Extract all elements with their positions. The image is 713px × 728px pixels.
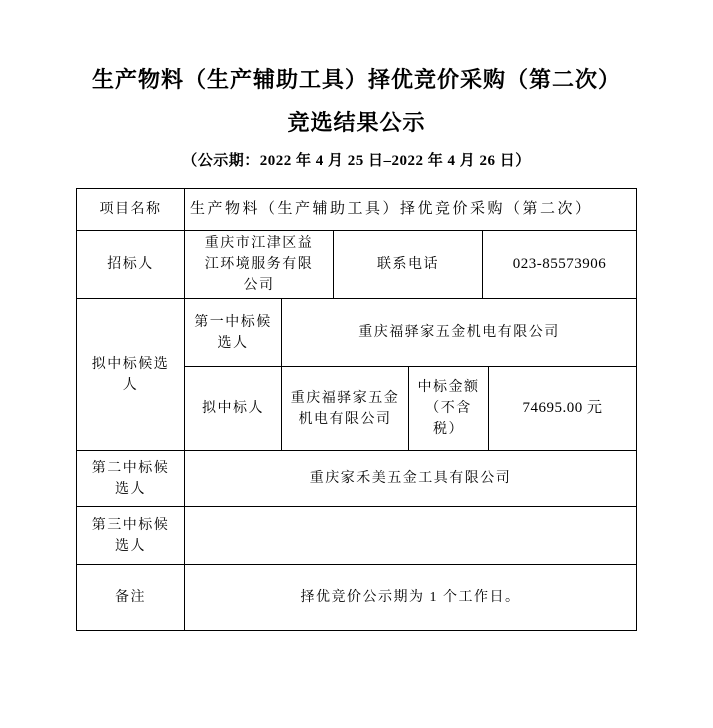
bid-amount-label-cell: 中标金额 （不含 税） bbox=[409, 367, 489, 451]
bid-amount-value-cell: 74695.00 元 bbox=[489, 367, 637, 451]
first-candidate-value-cell: 重庆福驿家五金机电有限公司 bbox=[282, 299, 637, 367]
second-candidate-value-cell: 重庆家禾美五金工具有限公司 bbox=[185, 451, 637, 507]
project-name-value-cell: 生产物料（生产辅助工具）择优竞价采购（第二次） bbox=[185, 189, 637, 231]
proposed-winner-label-cell: 拟中标人 bbox=[185, 367, 282, 451]
tenderer-value-cell: 重庆市江津区益 江环境服务有限 公司 bbox=[185, 231, 334, 299]
page-title-line-2: 竞选结果公示 bbox=[0, 109, 713, 137]
third-candidate-label-cell: 第三中标候 选人 bbox=[77, 507, 185, 565]
publicity-period: （公示期：2022 年 4 月 25 日–2022 年 4 月 26 日） bbox=[0, 150, 713, 172]
tenderer-label-cell: 招标人 bbox=[77, 231, 185, 299]
proposed-candidates-label-cell: 拟中标候选 人 bbox=[77, 299, 185, 451]
remark-value-cell: 择优竞价公示期为 1 个工作日。 bbox=[185, 565, 637, 631]
remark-label-cell: 备注 bbox=[77, 565, 185, 631]
notice-page: 生产物料（生产辅助工具）择优竞价采购（第二次） 竞选结果公示 （公示期：2022… bbox=[0, 66, 713, 631]
proposed-winner-value-cell: 重庆福驿家五金 机电有限公司 bbox=[282, 367, 409, 451]
project-name-label-cell: 项目名称 bbox=[77, 189, 185, 231]
third-candidate-value-cell bbox=[185, 507, 637, 565]
result-table: 项目名称 生产物料（生产辅助工具）择优竞价采购（第二次） 招标人 重庆市江津区益… bbox=[76, 188, 637, 631]
first-candidate-label-cell: 第一中标候 选人 bbox=[185, 299, 282, 367]
page-title-line-1: 生产物料（生产辅助工具）择优竞价采购（第二次） bbox=[0, 66, 713, 94]
second-candidate-label-cell: 第二中标候 选人 bbox=[77, 451, 185, 507]
contact-phone-value-cell: 023-85573906 bbox=[483, 231, 637, 299]
contact-phone-label-cell: 联系电话 bbox=[334, 231, 483, 299]
